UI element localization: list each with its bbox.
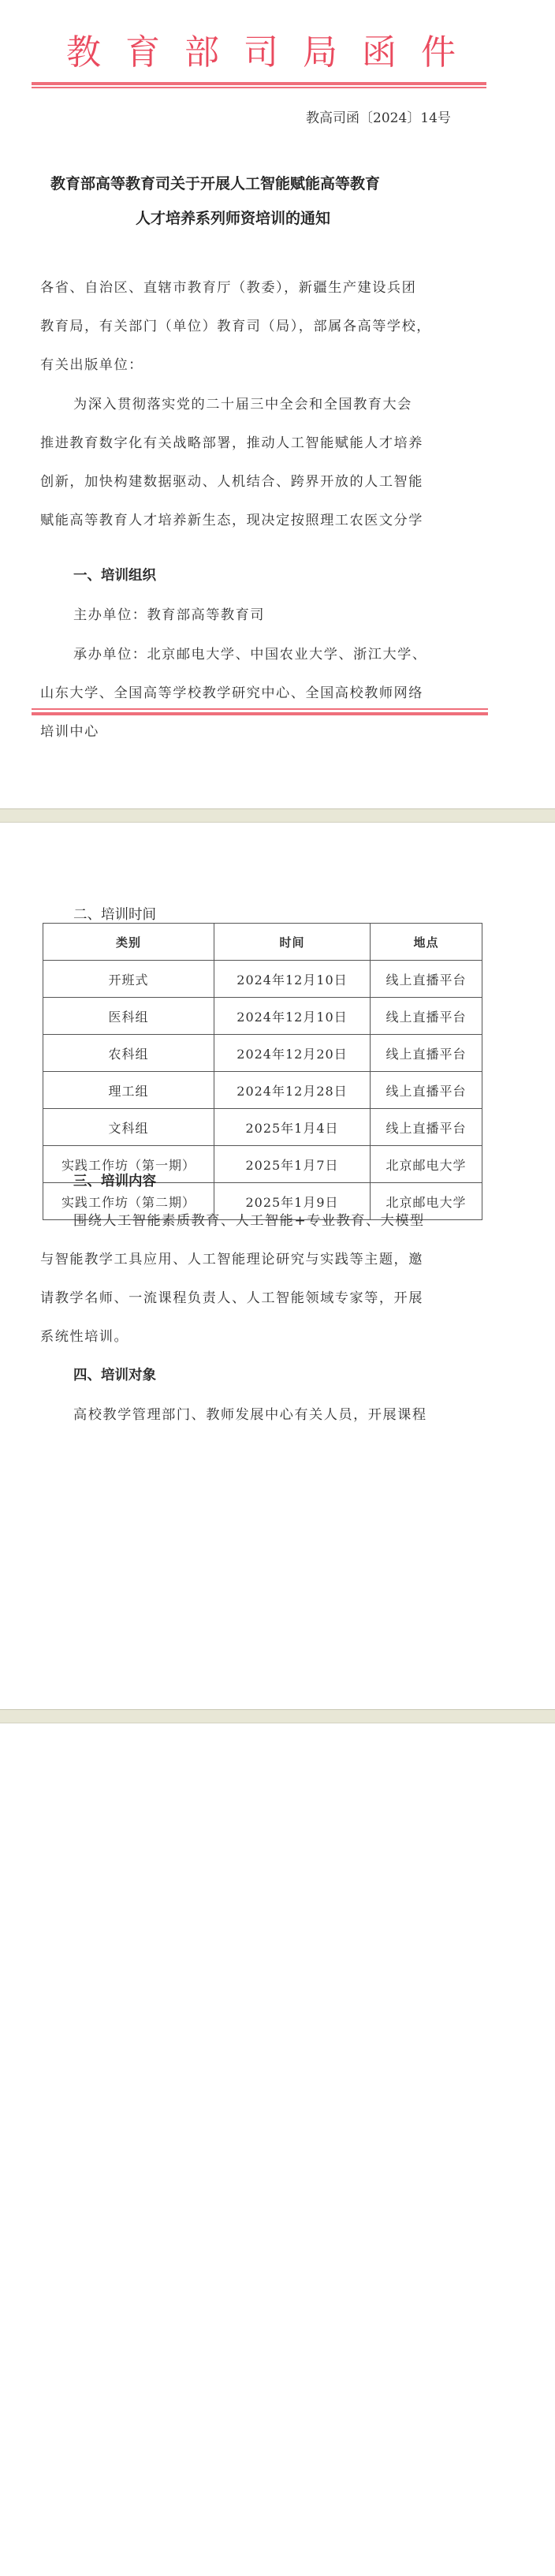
intro-line: 推进教育数字化有关战略部署，推动人工智能赋能人才培养: [40, 431, 423, 451]
section-heading-organization: 一、培训组织: [73, 565, 156, 584]
letterhead-red-rule: [32, 82, 486, 85]
cell-location: 线上直播平台: [371, 1035, 482, 1072]
cell-category: 医科组: [43, 998, 214, 1035]
intro-line: 赋能高等教育人才培养新生态，现决定按照理工农医文分学: [40, 509, 423, 528]
table-row: 农科组 2024年12月20日 线上直播平台: [43, 1035, 482, 1072]
table-row: 开班式 2024年12月10日 线上直播平台: [43, 961, 482, 998]
column-header-time: 时间: [214, 924, 371, 961]
page-1: 教育部司局函件 教高司函〔2024〕14号 教育部高等教育司关于开展人工智能赋能…: [0, 0, 555, 808]
section-heading-schedule: 二、培训时间: [73, 904, 156, 924]
cell-location: 线上直播平台: [371, 998, 482, 1035]
page-bottom-red-rule: [32, 712, 488, 715]
column-header-location: 地点: [371, 924, 482, 961]
section-heading-audience: 四、培训对象: [73, 1365, 156, 1384]
notice-title-line-1: 教育部高等教育司关于开展人工智能赋能高等教育: [50, 172, 380, 193]
cell-time: 2025年1月4日: [214, 1109, 371, 1146]
cell-time: 2024年12月28日: [214, 1072, 371, 1109]
co-organizer-line: 山东大学、全国高等学校教学研究中心、全国高校教师网络: [40, 681, 423, 701]
audience-line: 高校教学管理部门、教师发展中心有关人员，开展课程: [73, 1403, 427, 1423]
table-row: 理工组 2024年12月28日 线上直播平台: [43, 1072, 482, 1109]
cell-time: 2024年12月10日: [214, 998, 371, 1035]
content-line: 围绕人工智能素质教育、人工智能+专业教育、大模型: [73, 1209, 425, 1229]
cell-time: 2024年12月20日: [214, 1035, 371, 1072]
cell-category: 理工组: [43, 1072, 214, 1109]
cell-category: 文科组: [43, 1109, 214, 1146]
cell-category: 开班式: [43, 961, 214, 998]
intro-line: 创新，加快构建数据驱动、人机结合、跨界开放的人工智能: [40, 470, 423, 490]
letterhead-red-rule-thin: [32, 87, 486, 88]
intro-line: 为深入贯彻落实党的二十届三中全会和全国教育大会: [73, 393, 412, 413]
addressee-line: 有关出版单位：: [40, 353, 143, 373]
organizer-line: 主办单位：教育部高等教育司: [73, 603, 265, 623]
document-number: 教高司函〔2024〕14号: [306, 106, 451, 126]
page-bottom-red-rule-thin: [32, 708, 488, 710]
column-header-category: 类别: [43, 924, 214, 961]
page-separator: [0, 808, 555, 823]
co-organizer-line: 培训中心: [40, 720, 99, 740]
cell-location: 北京邮电大学: [371, 1146, 482, 1183]
content-line: 请教学名师、一流课程负责人、人工智能领域专家等，开展: [40, 1286, 423, 1306]
notice-title-line-2: 人才培养系列师资培训的通知: [136, 207, 330, 228]
cell-location: 线上直播平台: [371, 1072, 482, 1109]
cell-category: 农科组: [43, 1035, 214, 1072]
table-row: 医科组 2024年12月10日 线上直播平台: [43, 998, 482, 1035]
cell-location: 线上直播平台: [371, 1109, 482, 1146]
table-header-row: 类别 时间 地点: [43, 924, 482, 961]
addressee-line: 教育局，有关部门（单位）教育司（局），部属各高等学校，: [40, 315, 431, 334]
addressee-line: 各省、自治区、直辖市教育厅（教委），新疆生产建设兵团: [40, 276, 416, 296]
letterhead-title: 教育部司局函件: [66, 24, 476, 74]
content-line: 系统性培训。: [40, 1325, 129, 1345]
section-heading-content: 三、培训内容: [73, 1170, 156, 1190]
cell-time: 2025年1月7日: [214, 1146, 371, 1183]
page-separator: [0, 1709, 555, 1723]
cell-location: 线上直播平台: [371, 961, 482, 998]
co-organizer-line: 承办单位：北京邮电大学、中国农业大学、浙江大学、: [73, 643, 427, 663]
content-line: 与智能教学工具应用、人工智能理论研究与实践等主题，邀: [40, 1248, 423, 1267]
cell-time: 2024年12月10日: [214, 961, 371, 998]
table-row: 文科组 2025年1月4日 线上直播平台: [43, 1109, 482, 1146]
